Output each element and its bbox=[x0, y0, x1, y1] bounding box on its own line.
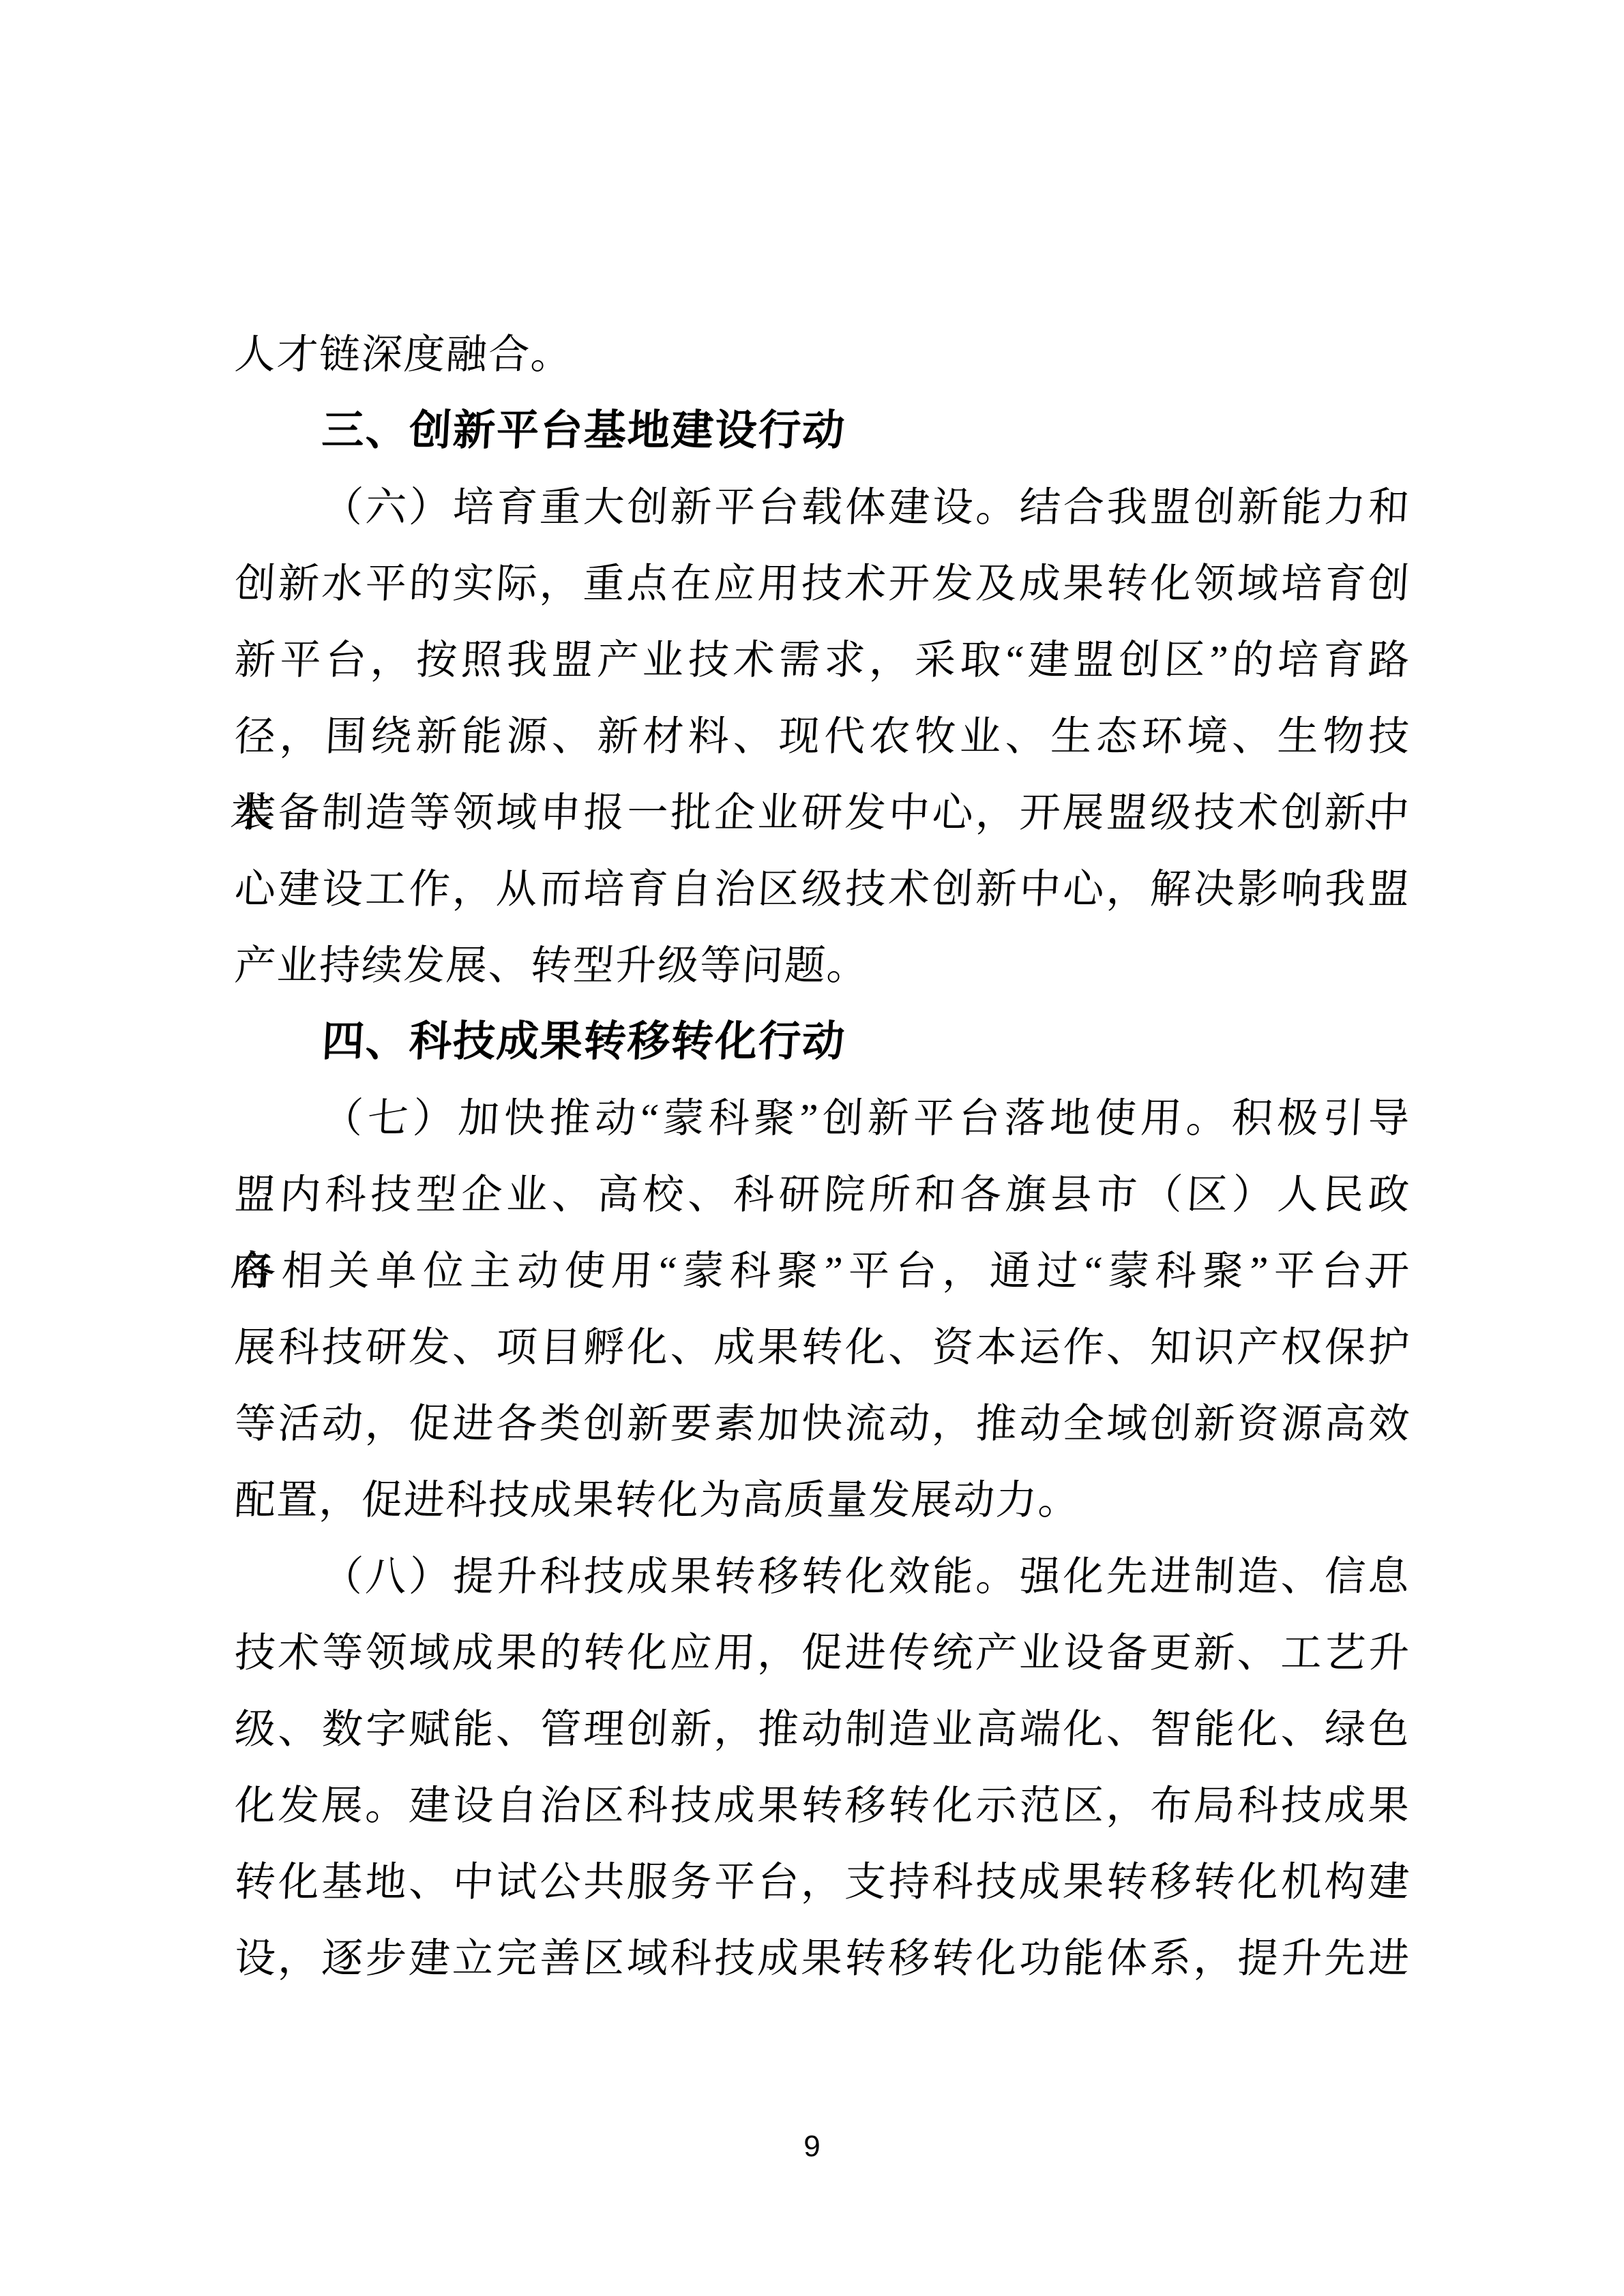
paragraph-last-line: 人才链深度融合。 bbox=[233, 316, 1413, 393]
body-line: 设，逐步建立完善区域科技成果转移转化功能体系，提升先进 bbox=[233, 1920, 1413, 1997]
body-line: 技术等领域成果的转化应用，促进传统产业设备更新、工艺升 bbox=[233, 1615, 1413, 1691]
document-page: 人才链深度融合。 三、创新平台基地建设行动 （六）培育重大创新平台载体建设。结合… bbox=[0, 0, 1624, 2296]
body-line: 新平台，按照我盟产业技术需求，采取“建盟创区”的培育路 bbox=[233, 622, 1413, 698]
paragraph-first-line: （七）加快推动“蒙科聚”创新平台落地使用。积极引导 bbox=[233, 1080, 1413, 1157]
body-line: 级、数字赋能、管理创新，推动制造业高端化、智能化、绿色 bbox=[233, 1691, 1413, 1768]
body-line: 创新水平的实际，重点在应用技术开发及成果转化领域培育创 bbox=[233, 546, 1413, 622]
paragraph-first-line: （六）培育重大创新平台载体建设。结合我盟创新能力和 bbox=[233, 469, 1413, 546]
paragraph-last-line: 配置，促进科技成果转化为高质量发展动力。 bbox=[233, 1462, 1413, 1538]
body-line: 心建设工作，从而培育自治区级技术创新中心，解决影响我盟 bbox=[233, 851, 1413, 927]
body-line: 各相关单位主动使用“蒙科聚”平台，通过“蒙科聚”平台开 bbox=[233, 1233, 1413, 1309]
section-heading-three: 三、创新平台基地建设行动 bbox=[233, 393, 1413, 469]
body-line: 盟内科技型企业、高校、科研院所和各旗县市（区）人民政府、 bbox=[233, 1157, 1413, 1233]
body-line: 等活动，促进各类创新要素加快流动，推动全域创新资源高效 bbox=[233, 1386, 1413, 1462]
body-line: 展科技研发、项目孵化、成果转化、资本运作、知识产权保护 bbox=[233, 1309, 1413, 1386]
paragraph-last-line: 产业持续发展、转型升级等问题。 bbox=[233, 927, 1413, 1004]
section-heading-four: 四、科技成果转移转化行动 bbox=[233, 1004, 1413, 1080]
body-line: 转化基地、中试公共服务平台，支持科技成果转移转化机构建 bbox=[233, 1844, 1413, 1920]
body-line: 径，围绕新能源、新材料、现代农牧业、生态环境、生物技术、 bbox=[233, 698, 1413, 775]
page-number: 9 bbox=[0, 2126, 1624, 2167]
paragraph-first-line: （八）提升科技成果转移转化效能。强化先进制造、信息 bbox=[233, 1538, 1413, 1615]
body-line: 化发展。建设自治区科技成果转移转化示范区，布局科技成果 bbox=[233, 1768, 1413, 1844]
body-line: 装备制造等领域申报一批企业研发中心，开展盟级技术创新中 bbox=[233, 775, 1413, 851]
document-body: 人才链深度融合。 三、创新平台基地建设行动 （六）培育重大创新平台载体建设。结合… bbox=[235, 316, 1411, 1997]
